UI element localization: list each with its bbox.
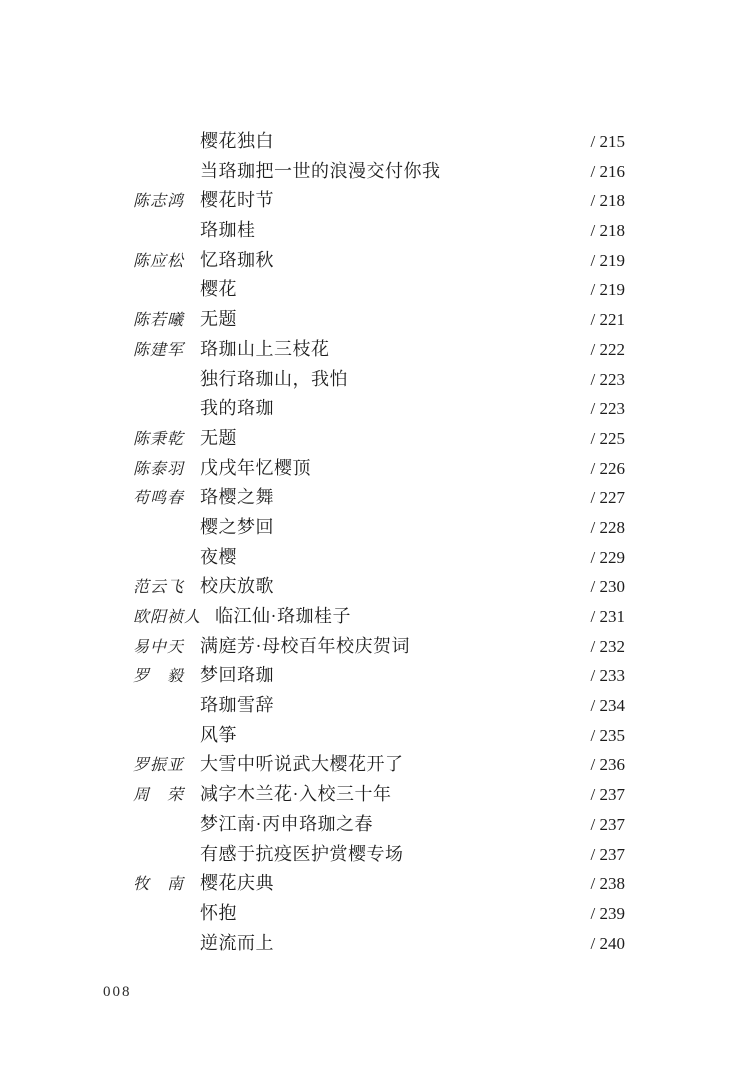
toc-entry-page: / 232: [591, 637, 625, 657]
toc-entry: 陈应松忆珞珈秋/ 219: [133, 246, 625, 276]
toc-entry-author: 陈应松: [133, 248, 186, 271]
toc-entry-author: 陈秉乾: [133, 426, 186, 449]
toc-entry: 夜樱/ 229: [133, 543, 625, 573]
toc-entry-title: 夜樱: [200, 543, 579, 569]
toc-entry: 怀抱/ 239: [133, 899, 625, 929]
toc-entry-title: 怀抱: [200, 899, 579, 925]
toc-entry-title: 减字木兰花·入校三十年: [200, 780, 579, 806]
toc-entry: 陈秉乾无题/ 225: [133, 424, 625, 454]
toc-entry-page: / 237: [591, 845, 625, 865]
toc-entry-page: / 234: [591, 696, 625, 716]
toc-entry-title: 风筝: [200, 721, 579, 747]
toc-entry-page: / 218: [591, 191, 625, 211]
toc-entry: 逆流而上/ 240: [133, 929, 625, 959]
toc-entry-author: 罗振亚: [133, 752, 186, 775]
toc-entry: 陈若曦无题/ 221: [133, 305, 625, 335]
toc-entry-page: / 215: [591, 132, 625, 152]
toc-entry-author: 范云飞: [133, 574, 186, 597]
toc-entry: 我的珞珈/ 223: [133, 394, 625, 424]
toc-entry: 珞珈雪辞/ 234: [133, 691, 625, 721]
toc-entry-author: 罗 毅: [133, 663, 186, 686]
toc-entry-title: 临江仙·珞珈桂子: [215, 602, 579, 628]
toc-entry: 牧 南樱花庆典/ 238: [133, 869, 625, 899]
toc-entry-page: / 237: [591, 785, 625, 805]
toc-entry-author: 苟鸣春: [133, 485, 186, 508]
toc-entry: 欧阳祯人临江仙·珞珈桂子/ 231: [133, 602, 625, 632]
toc-entry-page: / 237: [591, 815, 625, 835]
toc-entry: 易中天满庭芳·母校百年校庆贺词/ 232: [133, 632, 625, 662]
toc-entry-title: 独行珞珈山，我怕: [200, 365, 579, 391]
toc-entry-title: 珞珈山上三枝花: [200, 335, 579, 361]
toc-entry-author: 陈建军: [133, 337, 186, 360]
toc-entry-title: 樱花时节: [200, 186, 579, 212]
toc-entry-title: 戊戌年忆樱顶: [200, 454, 579, 480]
toc-entry-title: 无题: [200, 305, 579, 331]
page-number: 008: [103, 984, 132, 1001]
toc-entry-title: 樱花: [200, 275, 579, 301]
toc-entry-title: 忆珞珈秋: [200, 246, 579, 272]
toc-entry: 樱花独白/ 215: [133, 127, 625, 157]
toc-entry-title: 逆流而上: [200, 929, 579, 955]
toc-entry: 风筝/ 235: [133, 721, 625, 751]
toc-entry-page: / 219: [591, 280, 625, 300]
toc-entry: 梦江南·丙申珞珈之春/ 237: [133, 810, 625, 840]
toc-entry: 樱花/ 219: [133, 275, 625, 305]
toc-entry: 当珞珈把一世的浪漫交付你我/ 216: [133, 157, 625, 187]
toc-entry-page: / 216: [591, 162, 625, 182]
toc-entry-page: / 236: [591, 755, 625, 775]
toc-entry-page: / 229: [591, 548, 625, 568]
toc-entry-page: / 228: [591, 518, 625, 538]
toc-entry-title: 满庭芳·母校百年校庆贺词: [200, 632, 579, 658]
toc-entry-author: 欧阳祯人: [133, 604, 201, 627]
toc-entry: 陈建军珞珈山上三枝花/ 222: [133, 335, 625, 365]
toc-entry-author: 易中天: [133, 634, 186, 657]
toc-entry-title: 珞樱之舞: [200, 483, 579, 509]
toc-entry: 陈志鸿樱花时节/ 218: [133, 186, 625, 216]
toc-entry-author: 陈志鸿: [133, 188, 186, 211]
toc-entry-title: 校庆放歌: [200, 572, 579, 598]
toc-entry-title: 梦回珞珈: [200, 661, 579, 687]
toc-entry-title: 樱花独白: [200, 127, 579, 153]
toc-entry: 罗振亚大雪中听说武大樱花开了/ 236: [133, 750, 625, 780]
toc-entry-title: 珞珈桂: [200, 216, 579, 242]
book-toc-page: 樱花独白/ 215当珞珈把一世的浪漫交付你我/ 216陈志鸿樱花时节/ 218珞…: [0, 0, 750, 1084]
toc-entry-page: / 239: [591, 904, 625, 924]
toc-entry-page: / 235: [591, 726, 625, 746]
toc-entry: 陈泰羽戊戌年忆樱顶/ 226: [133, 454, 625, 484]
toc-entry: 有感于抗疫医护赏樱专场/ 237: [133, 840, 625, 870]
toc-entry: 范云飞校庆放歌/ 230: [133, 572, 625, 602]
toc-entry-title: 有感于抗疫医护赏樱专场: [200, 840, 579, 866]
toc-entry: 樱之梦回/ 228: [133, 513, 625, 543]
toc-entry-page: / 223: [591, 370, 625, 390]
toc-entry: 周 荣减字木兰花·入校三十年/ 237: [133, 780, 625, 810]
toc-entry-page: / 227: [591, 488, 625, 508]
toc-entry-page: / 218: [591, 221, 625, 241]
toc-entry-title: 梦江南·丙申珞珈之春: [200, 810, 579, 836]
toc-entry-page: / 223: [591, 399, 625, 419]
toc-entry-page: / 222: [591, 340, 625, 360]
toc-entry-title: 珞珈雪辞: [200, 691, 579, 717]
toc-entry-page: / 233: [591, 666, 625, 686]
toc-entry-page: / 226: [591, 459, 625, 479]
toc-entry-title: 大雪中听说武大樱花开了: [200, 750, 579, 776]
toc-entry-title: 我的珞珈: [200, 394, 579, 420]
toc-entry-page: / 221: [591, 310, 625, 330]
toc-entry-author: 周 荣: [133, 782, 186, 805]
toc-entry: 珞珈桂/ 218: [133, 216, 625, 246]
toc-entry-page: / 231: [591, 607, 625, 627]
toc-entry-page: / 240: [591, 934, 625, 954]
toc-entry: 独行珞珈山，我怕/ 223: [133, 365, 625, 395]
toc-entry-title: 当珞珈把一世的浪漫交付你我: [200, 157, 579, 183]
toc-entry-title: 樱之梦回: [200, 513, 579, 539]
toc-entry-author: 陈泰羽: [133, 456, 186, 479]
toc-entry-page: / 225: [591, 429, 625, 449]
toc-entry-author: 陈若曦: [133, 307, 186, 330]
toc-entry: 罗 毅梦回珞珈/ 233: [133, 661, 625, 691]
toc-entry-author: 牧 南: [133, 871, 186, 894]
toc-entry-page: / 230: [591, 577, 625, 597]
toc-entry-title: 樱花庆典: [200, 869, 579, 895]
toc-entry-page: / 238: [591, 874, 625, 894]
toc-entry: 苟鸣春珞樱之舞/ 227: [133, 483, 625, 513]
toc-entry-title: 无题: [200, 424, 579, 450]
toc-entry-page: / 219: [591, 251, 625, 271]
toc-list: 樱花独白/ 215当珞珈把一世的浪漫交付你我/ 216陈志鸿樱花时节/ 218珞…: [133, 127, 625, 958]
